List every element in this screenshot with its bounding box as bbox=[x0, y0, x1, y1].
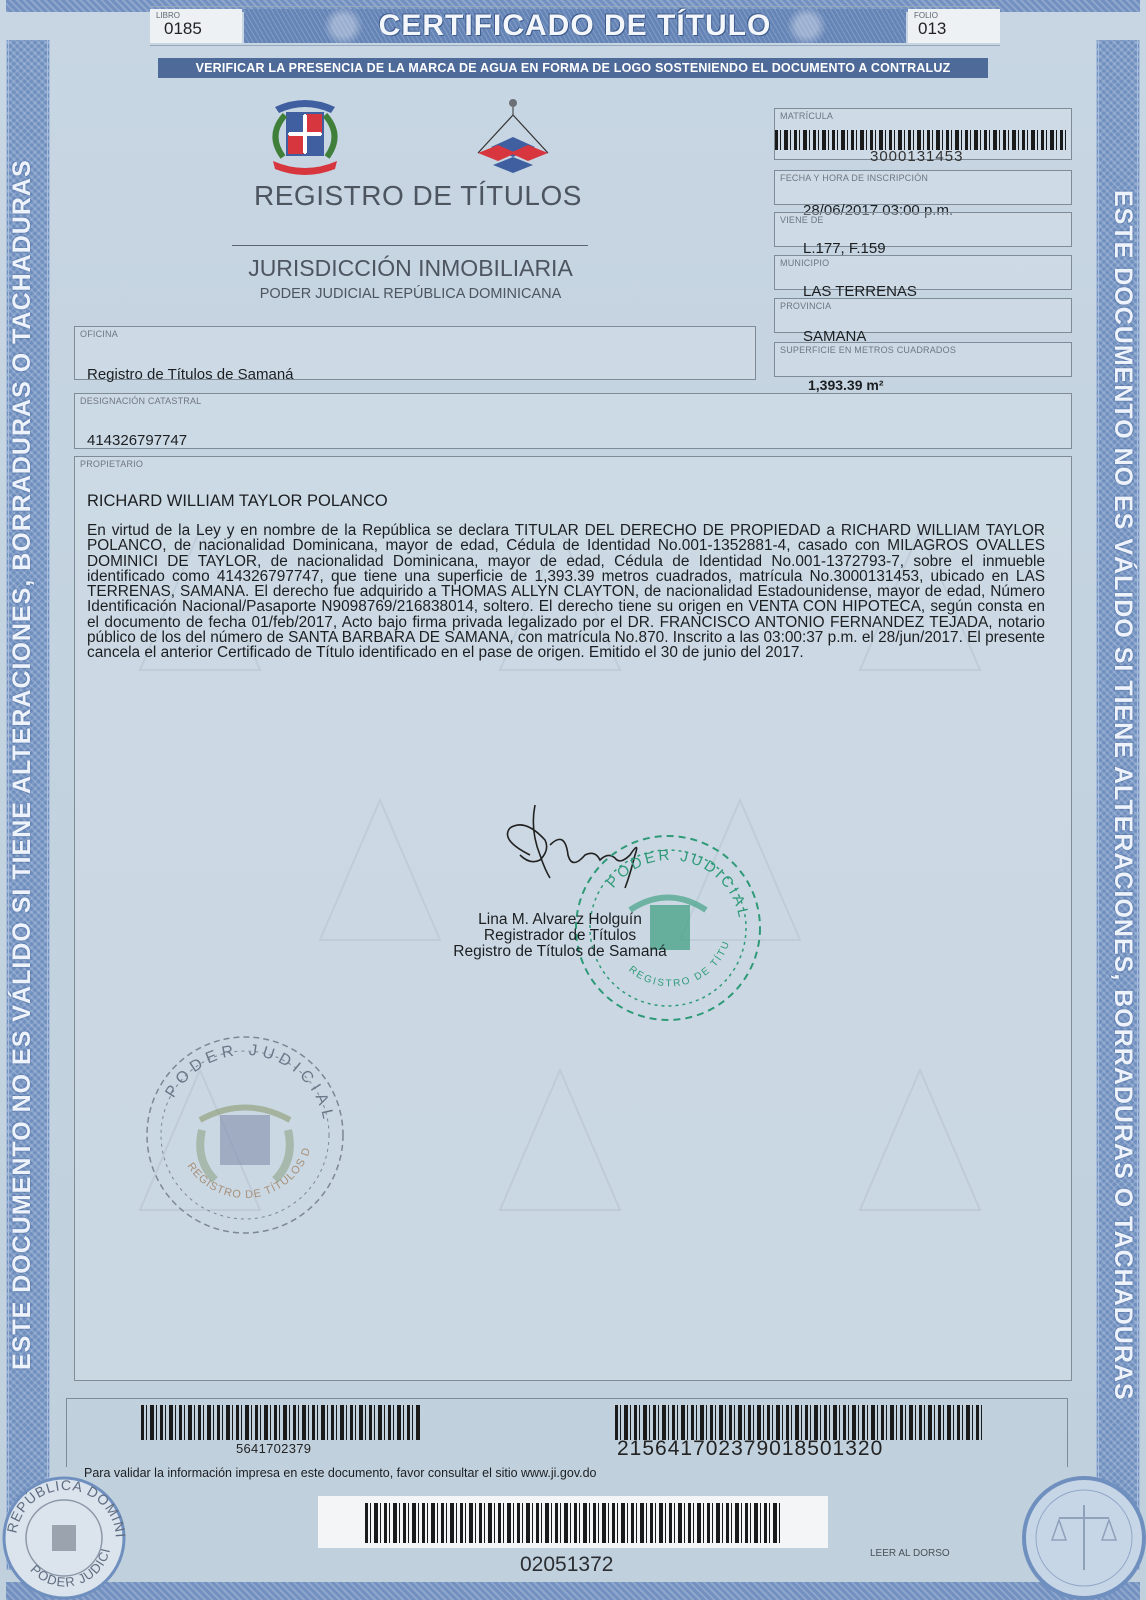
owner-name: RICHARD WILLIAM TAYLOR POLANCO bbox=[87, 492, 388, 511]
superficie-label: SUPERFICIE EN METROS CUADRADOS bbox=[780, 345, 956, 355]
bottom-border bbox=[6, 1582, 1140, 1600]
signatory-name: Lina M. Alvarez Holguín bbox=[430, 912, 690, 928]
jurisdiction-title: JURISDICCIÓN INMOBILIARIA bbox=[228, 255, 593, 282]
folio-value: 013 bbox=[918, 19, 946, 39]
barcode-left bbox=[141, 1405, 421, 1440]
superficie-field: SUPERFICIE EN METROS CUADRADOS bbox=[774, 342, 1072, 377]
justice-scales-seal-icon bbox=[1014, 1470, 1146, 1600]
designacion-value: 414326797747 bbox=[87, 432, 187, 449]
serial-number: 02051372 bbox=[520, 1553, 613, 1577]
oficina-label: OFICINA bbox=[80, 329, 118, 339]
matricula-value: 3000131453 bbox=[870, 148, 963, 165]
verify-notice: VERIFICAR LA PRESENCIA DE LA MARCA DE AG… bbox=[158, 58, 988, 78]
libro-box: LIBRO 0185 bbox=[150, 9, 242, 43]
oficina-value: Registro de Títulos de Samaná bbox=[87, 366, 294, 383]
designacion-field: DESIGNACIÓN CATASTRAL bbox=[74, 393, 1072, 449]
right-border-warning: ESTE DOCUMENTO NO ES VÁLIDO SI TIENE ALT… bbox=[1108, 190, 1137, 1430]
republica-dominicana-seal-icon: REPÚBLICA DOMINICANA PODER JUDICIAL bbox=[0, 1470, 128, 1600]
judicial-power-subtitle: PODER JUDICIAL REPÚBLICA DOMINICANA bbox=[228, 286, 593, 302]
signatory-role: Registrador de Títulos bbox=[430, 928, 690, 944]
certificate-paper: ESTE DOCUMENTO NO ES VÁLIDO SI TIENE ALT… bbox=[0, 0, 1146, 1600]
document-title: CERTIFICADO DE TÍTULO bbox=[379, 9, 772, 43]
fecha-inscripcion-label: FECHA Y HORA DE INSCRIPCIÓN bbox=[780, 173, 928, 183]
barcode-left-number: 5641702379 bbox=[236, 1441, 311, 1456]
poder-judicial-seal-icon: PODER JUDICIAL REGISTRO DE TÍTULOS DE SA… bbox=[140, 1030, 350, 1240]
barcode-right-number: 21564170237901850132​0 bbox=[617, 1437, 883, 1461]
header-band: LIBRO 0185 CERTIFICADO DE TÍTULO FOLIO 0… bbox=[150, 6, 1000, 46]
divider bbox=[232, 245, 588, 246]
registry-title: REGISTRO DE TÍTULOS bbox=[228, 180, 608, 212]
jurisdiccion-logo-icon bbox=[458, 95, 568, 180]
certificate-body-text: En virtud de la Ley y en nombre de la Re… bbox=[87, 523, 1045, 661]
serial-barcode bbox=[365, 1503, 780, 1543]
provincia-label: PROVINCIA bbox=[780, 301, 831, 311]
folio-box: FOLIO 013 bbox=[908, 9, 1000, 43]
matricula-barcode bbox=[775, 130, 1068, 150]
designacion-label: DESIGNACIÓN CATASTRAL bbox=[80, 396, 201, 406]
left-border-warning: ESTE DOCUMENTO NO ES VÁLIDO SI TIENE ALT… bbox=[8, 130, 37, 1370]
signatory-block: Lina M. Alvarez Holguín Registrador de T… bbox=[430, 912, 690, 960]
read-reverse-note: LEER AL DORSO bbox=[870, 1548, 950, 1559]
title-band: CERTIFICADO DE TÍTULO bbox=[244, 9, 906, 43]
verify-notice-text: VERIFICAR LA PRESENCIA DE LA MARCA DE AG… bbox=[196, 61, 951, 75]
barcode-right bbox=[615, 1405, 985, 1440]
matricula-label: MATRÍCULA bbox=[780, 111, 833, 121]
municipio-label: MUNICIPIO bbox=[780, 258, 829, 268]
propietario-label: PROPIETARIO bbox=[80, 459, 143, 469]
fecha-inscripcion-field: FECHA Y HORA DE INSCRIPCIÓN bbox=[774, 170, 1072, 205]
validation-notice: Para validar la información impresa en e… bbox=[84, 1466, 597, 1480]
libro-value: 0185 bbox=[164, 19, 202, 39]
superficie-value: 1,393.39 m² bbox=[808, 377, 884, 393]
signatory-office: Registro de Títulos de Samaná bbox=[430, 944, 690, 960]
viene-de-label: VIENE DE bbox=[780, 215, 824, 225]
coat-of-arms-icon bbox=[255, 95, 355, 180]
